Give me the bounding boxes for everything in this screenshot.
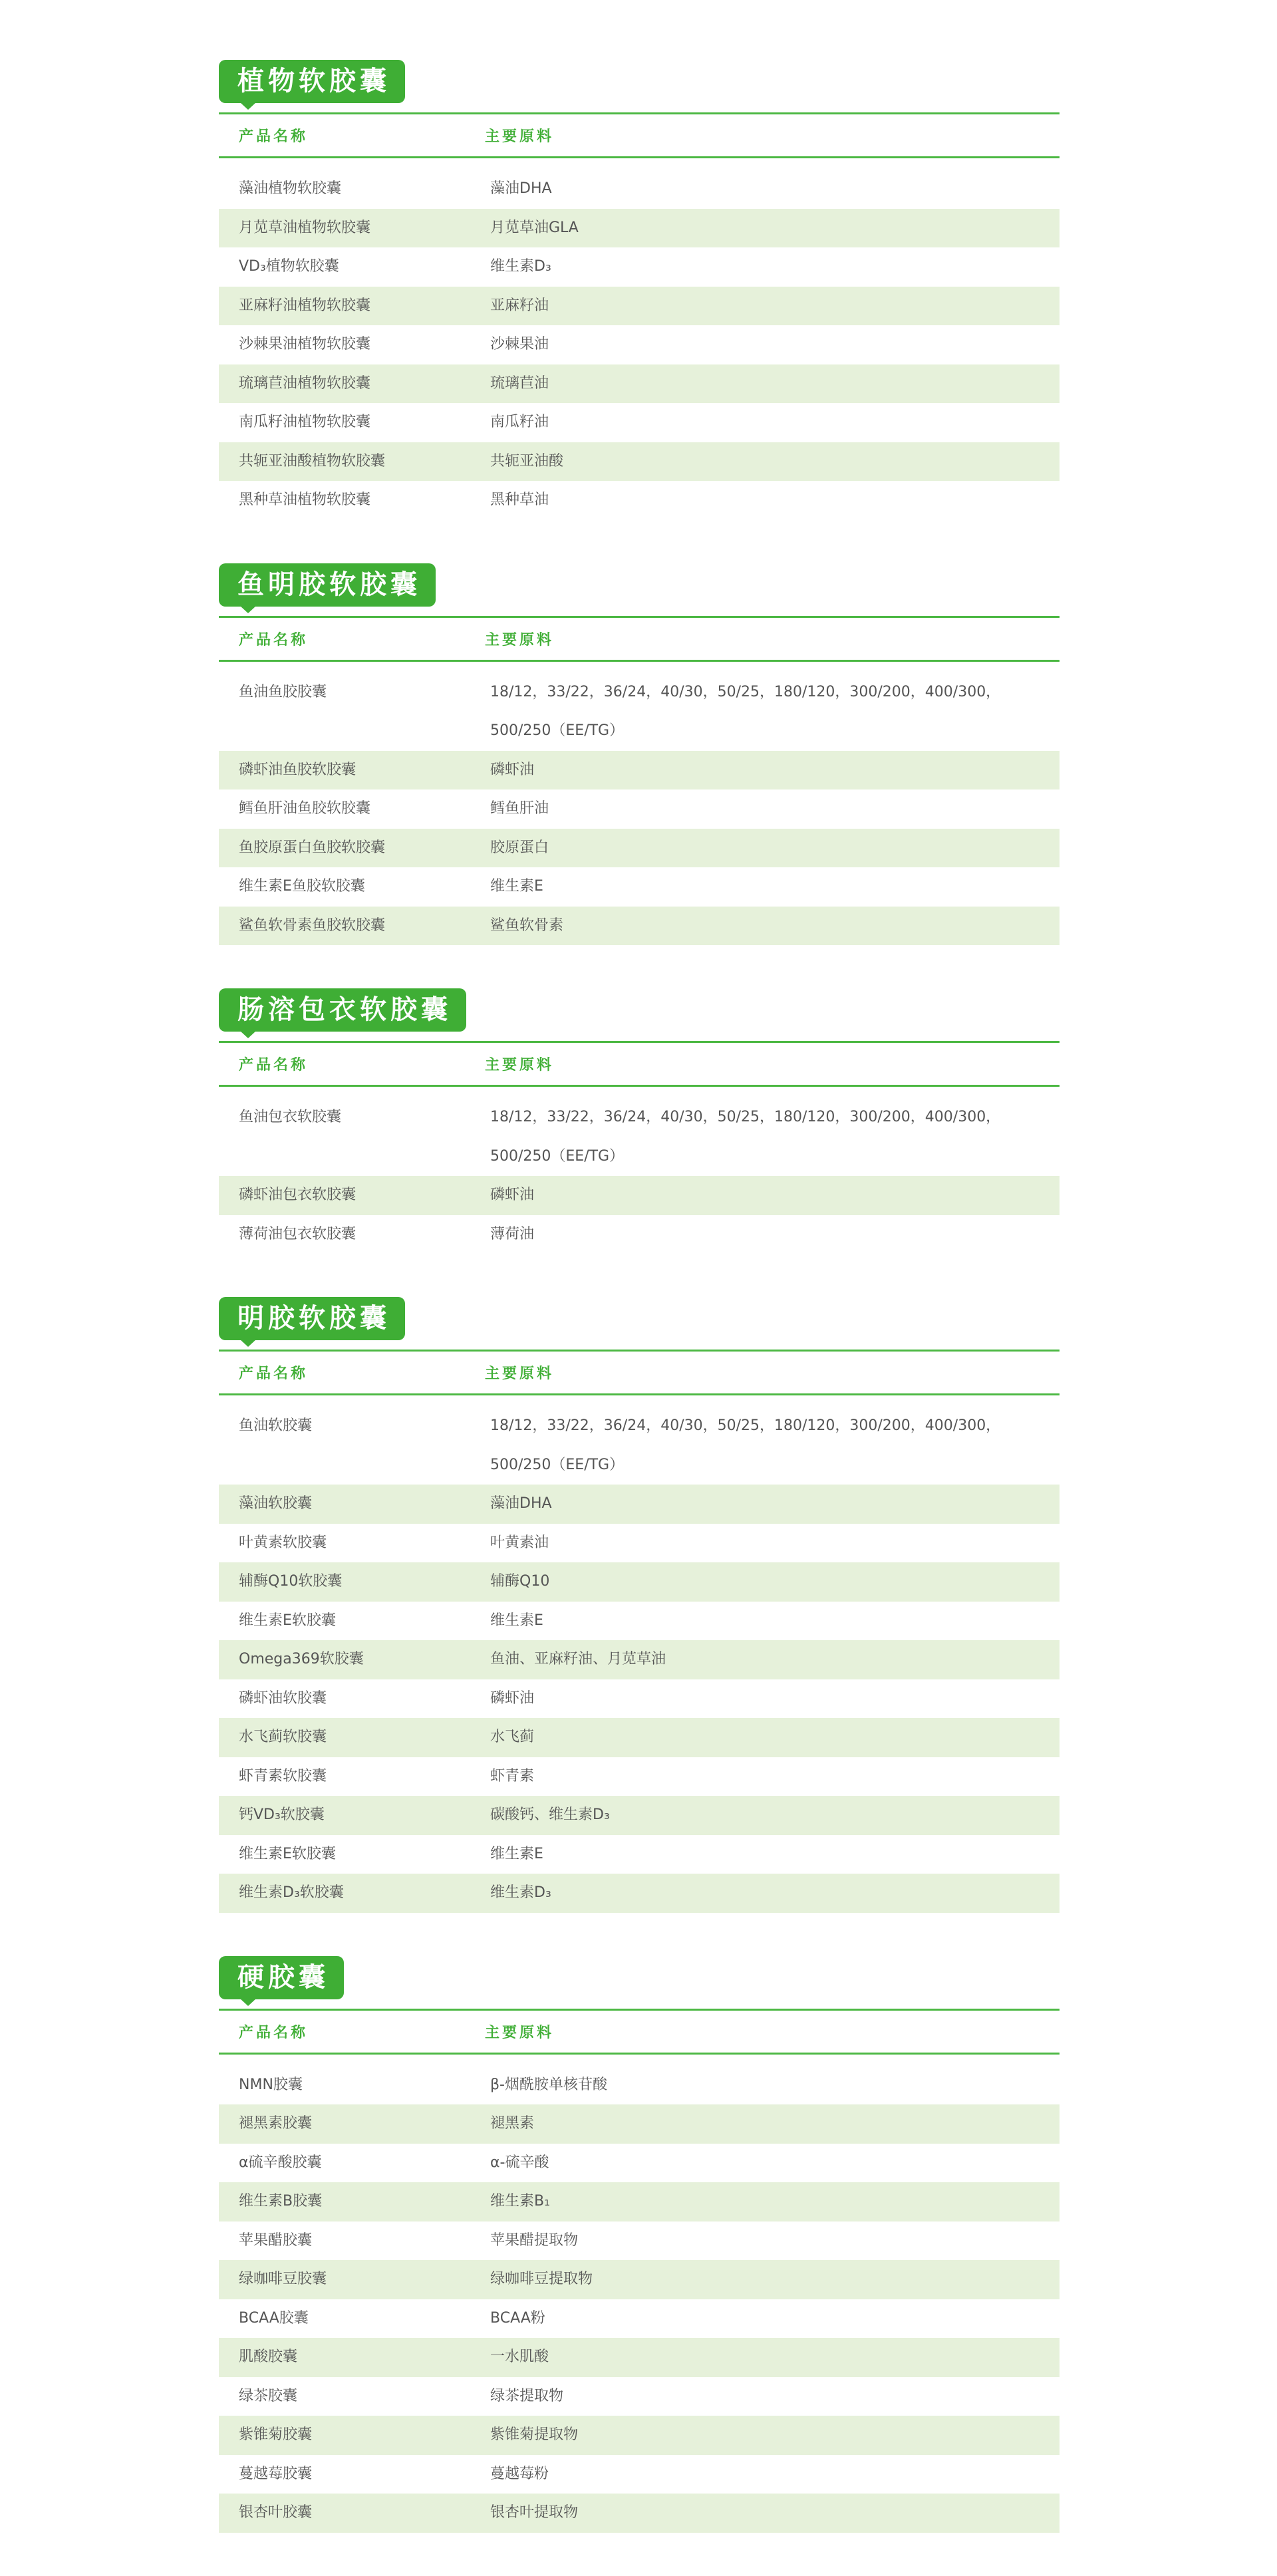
table-row: 共轭亚油酸植物软胶囊共轭亚油酸 [219, 442, 1060, 482]
divider [219, 1393, 1060, 1395]
material-cell: 虾青素 [485, 1757, 1060, 1796]
section-title: 鱼明胶软胶囊 [237, 569, 421, 600]
table-row: 藻油软胶囊藻油DHA [219, 1485, 1060, 1524]
product-name-cell: 叶黄素软胶囊 [219, 1524, 485, 1563]
material-cell: 蔓越莓粉 [485, 2455, 1060, 2494]
material-cell: α-硫辛酸 [485, 2144, 1060, 2183]
material-cell: 亚麻籽油 [485, 287, 1060, 326]
table-row: 磷虾油软胶囊磷虾油 [219, 1679, 1060, 1719]
tag-pointer-icon [240, 1340, 256, 1347]
material-cell: 苹果醋提取物 [485, 2221, 1060, 2261]
table-row: 蔓越莓胶囊蔓越莓粉 [219, 2455, 1060, 2494]
section-title-tag: 肠溶包衣软胶囊 [219, 988, 466, 1032]
product-name-cell: 鲨鱼软骨素鱼胶软胶囊 [219, 907, 485, 946]
product-name-cell: 紫锥菊胶囊 [219, 2416, 485, 2455]
section-title-tag: 鱼明胶软胶囊 [219, 563, 436, 607]
product-name-cell: 薄荷油包衣软胶囊 [219, 1215, 485, 1254]
section-plant-softgel: 植物软胶囊 产品名称 主要原料 藻油植物软胶囊藻油DHA月苋草油植物软胶囊月苋草… [219, 60, 1060, 520]
table-row: 肌酸胶囊一水肌酸 [219, 2338, 1060, 2377]
table-row: 磷虾油鱼胶软胶囊磷虾油 [219, 751, 1060, 790]
header-material: 主要原料 [485, 1054, 1060, 1074]
product-name-cell: 亚麻籽油植物软胶囊 [219, 287, 485, 326]
section-title: 硬胶囊 [237, 1962, 329, 1993]
table-body: 鱼油软胶囊18/12，33/22，36/24，40/30，50/25，180/1… [219, 1407, 1060, 1913]
product-name-cell: 黑种草油植物软胶囊 [219, 481, 485, 520]
table-row: 叶黄素软胶囊叶黄素油 [219, 1524, 1060, 1563]
product-name-cell: α硫辛酸胶囊 [219, 2144, 485, 2183]
header-material: 主要原料 [485, 1362, 1060, 1383]
material-cell: 月苋草油GLA [485, 209, 1060, 248]
material-cell: 磷虾油 [485, 751, 1060, 790]
material-cell: 维生素D₃ [485, 247, 1060, 287]
product-name-cell: 辅酶Q10软胶囊 [219, 1562, 485, 1602]
table-row: VD₃植物软胶囊维生素D₃ [219, 247, 1060, 287]
product-name-cell: NMN胶囊 [219, 2066, 485, 2105]
table-body: NMN胶囊β-烟酰胺单核苷酸褪黑素胶囊褪黑素α硫辛酸胶囊α-硫辛酸维生素B胶囊维… [219, 2066, 1060, 2533]
material-cell: 绿茶提取物 [485, 2377, 1060, 2416]
table-row: 银杏叶胶囊银杏叶提取物 [219, 2494, 1060, 2533]
header-product-name: 产品名称 [219, 1054, 485, 1074]
product-name-cell: 共轭亚油酸植物软胶囊 [219, 442, 485, 482]
header-product-name: 产品名称 [219, 2021, 485, 2042]
material-cell: 藻油DHA [485, 1485, 1060, 1524]
material-cell: 水飞蓟 [485, 1718, 1060, 1757]
product-name-cell: 绿咖啡豆胶囊 [219, 2260, 485, 2299]
table-row: 黑种草油植物软胶囊黑种草油 [219, 481, 1060, 520]
table-row: 维生素E鱼胶软胶囊维生素E [219, 867, 1060, 907]
table-row: 紫锥菊胶囊紫锥菊提取物 [219, 2416, 1060, 2455]
product-name-cell: 鱼油软胶囊 [219, 1407, 485, 1446]
product-name-cell: 虾青素软胶囊 [219, 1757, 485, 1796]
table-header: 产品名称 主要原料 [219, 2011, 1060, 2053]
table-row: 褪黑素胶囊褪黑素 [219, 2104, 1060, 2144]
table-row: 亚麻籽油植物软胶囊亚麻籽油 [219, 287, 1060, 326]
section-title: 明胶软胶囊 [237, 1303, 390, 1334]
product-name-cell: 磷虾油软胶囊 [219, 1679, 485, 1719]
table-row: 鱼油鱼胶胶囊18/12，33/22，36/24，40/30，50/25，180/… [219, 673, 1060, 751]
section-hard-capsule: 硬胶囊 产品名称 主要原料 NMN胶囊β-烟酰胺单核苷酸褪黑素胶囊褪黑素α硫辛酸… [219, 1956, 1060, 2533]
table-row: 维生素E软胶囊维生素E [219, 1602, 1060, 1641]
table-row: 绿茶胶囊绿茶提取物 [219, 2377, 1060, 2416]
material-cell: 叶黄素油 [485, 1524, 1060, 1563]
table-row: 鱼油包衣软胶囊18/12，33/22，36/24，40/30，50/25，180… [219, 1098, 1060, 1176]
table-row: 沙棘果油植物软胶囊沙棘果油 [219, 325, 1060, 364]
material-cell: 鲨鱼软骨素 [485, 907, 1060, 946]
product-name-cell: 鱼油包衣软胶囊 [219, 1098, 485, 1137]
table-row: 琉璃苣油植物软胶囊琉璃苣油 [219, 364, 1060, 404]
product-name-cell: 肌酸胶囊 [219, 2338, 485, 2377]
product-catalog: 植物软胶囊 产品名称 主要原料 藻油植物软胶囊藻油DHA月苋草油植物软胶囊月苋草… [219, 60, 1060, 2576]
product-name-cell: 褪黑素胶囊 [219, 2104, 485, 2144]
table-row: 藻油植物软胶囊藻油DHA [219, 170, 1060, 209]
table-row: 月苋草油植物软胶囊月苋草油GLA [219, 209, 1060, 248]
table-row: 鳕鱼肝油鱼胶软胶囊鳕鱼肝油 [219, 789, 1060, 829]
material-cell: 紫锥菊提取物 [485, 2416, 1060, 2455]
table-header: 产品名称 主要原料 [219, 1352, 1060, 1393]
material-cell: 沙棘果油 [485, 325, 1060, 364]
product-name-cell: 银杏叶胶囊 [219, 2494, 485, 2533]
divider [219, 2053, 1060, 2055]
material-cell: 黑种草油 [485, 481, 1060, 520]
material-cell: 维生素E [485, 1602, 1060, 1641]
table-header: 产品名称 主要原料 [219, 114, 1060, 156]
table-row: 磷虾油包衣软胶囊磷虾油 [219, 1176, 1060, 1215]
section-gelatin-softgel: 明胶软胶囊 产品名称 主要原料 鱼油软胶囊18/12，33/22，36/24，4… [219, 1297, 1060, 1913]
material-cell: 薄荷油 [485, 1215, 1060, 1254]
table-row: 水飞蓟软胶囊水飞蓟 [219, 1718, 1060, 1757]
material-cell: 维生素E [485, 1835, 1060, 1874]
section-title-tag: 植物软胶囊 [219, 60, 405, 103]
table-header: 产品名称 主要原料 [219, 1043, 1060, 1085]
product-name-cell: VD₃植物软胶囊 [219, 247, 485, 287]
material-cell: 磷虾油 [485, 1679, 1060, 1719]
table-row: 绿咖啡豆胶囊绿咖啡豆提取物 [219, 2260, 1060, 2299]
table-row: 维生素E软胶囊维生素E [219, 1835, 1060, 1874]
section-fish-gelatin-softgel: 鱼明胶软胶囊 产品名称 主要原料 鱼油鱼胶胶囊18/12，33/22，36/24… [219, 563, 1060, 946]
product-name-cell: 磷虾油包衣软胶囊 [219, 1176, 485, 1215]
product-name-cell: 维生素E软胶囊 [219, 1835, 485, 1874]
material-cell: 磷虾油 [485, 1176, 1060, 1215]
table-row: 钙VD₃软胶囊碳酸钙、维生素D₃ [219, 1796, 1060, 1835]
material-cell: 辅酶Q10 [485, 1562, 1060, 1602]
product-name-cell: BCAA胶囊 [219, 2299, 485, 2339]
product-name-cell: 水飞蓟软胶囊 [219, 1718, 485, 1757]
material-cell: 琉璃苣油 [485, 364, 1060, 404]
table-row: NMN胶囊β-烟酰胺单核苷酸 [219, 2066, 1060, 2105]
table-header: 产品名称 主要原料 [219, 618, 1060, 660]
material-cell: 胶原蛋白 [485, 829, 1060, 868]
product-name-cell: 月苋草油植物软胶囊 [219, 209, 485, 248]
product-name-cell: 维生素E鱼胶软胶囊 [219, 867, 485, 907]
table-row: 苹果醋胶囊苹果醋提取物 [219, 2221, 1060, 2261]
header-product-name: 产品名称 [219, 1362, 485, 1383]
header-material: 主要原料 [485, 629, 1060, 649]
table-row: 鱼胶原蛋白鱼胶软胶囊胶原蛋白 [219, 829, 1060, 868]
header-product-name: 产品名称 [219, 125, 485, 146]
product-name-cell: 沙棘果油植物软胶囊 [219, 325, 485, 364]
section-enteric-coated-softgel: 肠溶包衣软胶囊 产品名称 主要原料 鱼油包衣软胶囊18/12，33/22，36/… [219, 988, 1060, 1254]
material-cell: 藻油DHA [485, 170, 1060, 209]
product-name-cell: 鱼胶原蛋白鱼胶软胶囊 [219, 829, 485, 868]
product-name-cell: 绿茶胶囊 [219, 2377, 485, 2416]
tag-pointer-icon [240, 1999, 256, 2006]
table-body: 藻油植物软胶囊藻油DHA月苋草油植物软胶囊月苋草油GLAVD₃植物软胶囊维生素D… [219, 170, 1060, 520]
divider [219, 156, 1060, 158]
material-cell: 维生素B₁ [485, 2182, 1060, 2221]
product-name-cell: 琉璃苣油植物软胶囊 [219, 364, 485, 404]
material-cell: 南瓜籽油 [485, 403, 1060, 442]
table-row: BCAA胶囊BCAA粉 [219, 2299, 1060, 2339]
product-name-cell: 蔓越莓胶囊 [219, 2455, 485, 2494]
table-row: 虾青素软胶囊虾青素 [219, 1757, 1060, 1796]
material-cell: 鳕鱼肝油 [485, 789, 1060, 829]
table-row: Omega369软胶囊鱼油、亚麻籽油、月苋草油 [219, 1640, 1060, 1679]
tag-pointer-icon [240, 1031, 256, 1038]
material-cell: 一水肌酸 [485, 2338, 1060, 2377]
divider [219, 660, 1060, 662]
material-cell: 共轭亚油酸 [485, 442, 1060, 482]
product-name-cell: 藻油软胶囊 [219, 1485, 485, 1524]
material-cell: β-烟酰胺单核苷酸 [485, 2066, 1060, 2105]
section-title-tag: 明胶软胶囊 [219, 1297, 405, 1340]
product-name-cell: 苹果醋胶囊 [219, 2221, 485, 2261]
table-row: 鱼油软胶囊18/12，33/22，36/24，40/30，50/25，180/1… [219, 1407, 1060, 1485]
table-body: 鱼油包衣软胶囊18/12，33/22，36/24，40/30，50/25，180… [219, 1098, 1060, 1254]
table-row: 辅酶Q10软胶囊辅酶Q10 [219, 1562, 1060, 1602]
product-name-cell: 磷虾油鱼胶软胶囊 [219, 751, 485, 790]
table-row: 维生素B胶囊维生素B₁ [219, 2182, 1060, 2221]
table-row: 鲨鱼软骨素鱼胶软胶囊鲨鱼软骨素 [219, 907, 1060, 946]
tag-pointer-icon [240, 606, 256, 613]
material-cell: BCAA粉 [485, 2299, 1060, 2339]
product-name-cell: 维生素E软胶囊 [219, 1602, 485, 1641]
table-row: 维生素D₃软胶囊维生素D₃ [219, 1874, 1060, 1913]
material-cell: 碳酸钙、维生素D₃ [485, 1796, 1060, 1835]
header-product-name: 产品名称 [219, 629, 485, 649]
product-name-cell: 鱼油鱼胶胶囊 [219, 673, 485, 712]
product-name-cell: 维生素B胶囊 [219, 2182, 485, 2221]
material-cell: 18/12，33/22，36/24，40/30，50/25，180/120，30… [485, 1407, 1060, 1485]
material-cell: 鱼油、亚麻籽油、月苋草油 [485, 1640, 1060, 1679]
material-cell: 银杏叶提取物 [485, 2494, 1060, 2533]
header-material: 主要原料 [485, 125, 1060, 146]
table-body: 鱼油鱼胶胶囊18/12，33/22，36/24，40/30，50/25，180/… [219, 673, 1060, 946]
product-name-cell: 南瓜籽油植物软胶囊 [219, 403, 485, 442]
table-row: α硫辛酸胶囊α-硫辛酸 [219, 2144, 1060, 2183]
section-title-tag: 硬胶囊 [219, 1956, 344, 1999]
tag-pointer-icon [240, 102, 256, 110]
material-cell: 18/12，33/22，36/24，40/30，50/25，180/120，30… [485, 1098, 1060, 1176]
product-name-cell: 钙VD₃软胶囊 [219, 1796, 485, 1835]
product-name-cell: 维生素D₃软胶囊 [219, 1874, 485, 1913]
table-row: 南瓜籽油植物软胶囊南瓜籽油 [219, 403, 1060, 442]
section-title: 肠溶包衣软胶囊 [237, 994, 452, 1025]
material-cell: 维生素D₃ [485, 1874, 1060, 1913]
material-cell: 褪黑素 [485, 2104, 1060, 2144]
section-title: 植物软胶囊 [237, 66, 390, 96]
product-name-cell: 藻油植物软胶囊 [219, 170, 485, 209]
material-cell: 维生素E [485, 867, 1060, 907]
table-row: 薄荷油包衣软胶囊薄荷油 [219, 1215, 1060, 1254]
header-material: 主要原料 [485, 2021, 1060, 2042]
material-cell: 绿咖啡豆提取物 [485, 2260, 1060, 2299]
product-name-cell: 鳕鱼肝油鱼胶软胶囊 [219, 789, 485, 829]
material-cell: 18/12，33/22，36/24，40/30，50/25，180/120，30… [485, 673, 1060, 751]
product-name-cell: Omega369软胶囊 [219, 1640, 485, 1679]
divider [219, 1085, 1060, 1087]
